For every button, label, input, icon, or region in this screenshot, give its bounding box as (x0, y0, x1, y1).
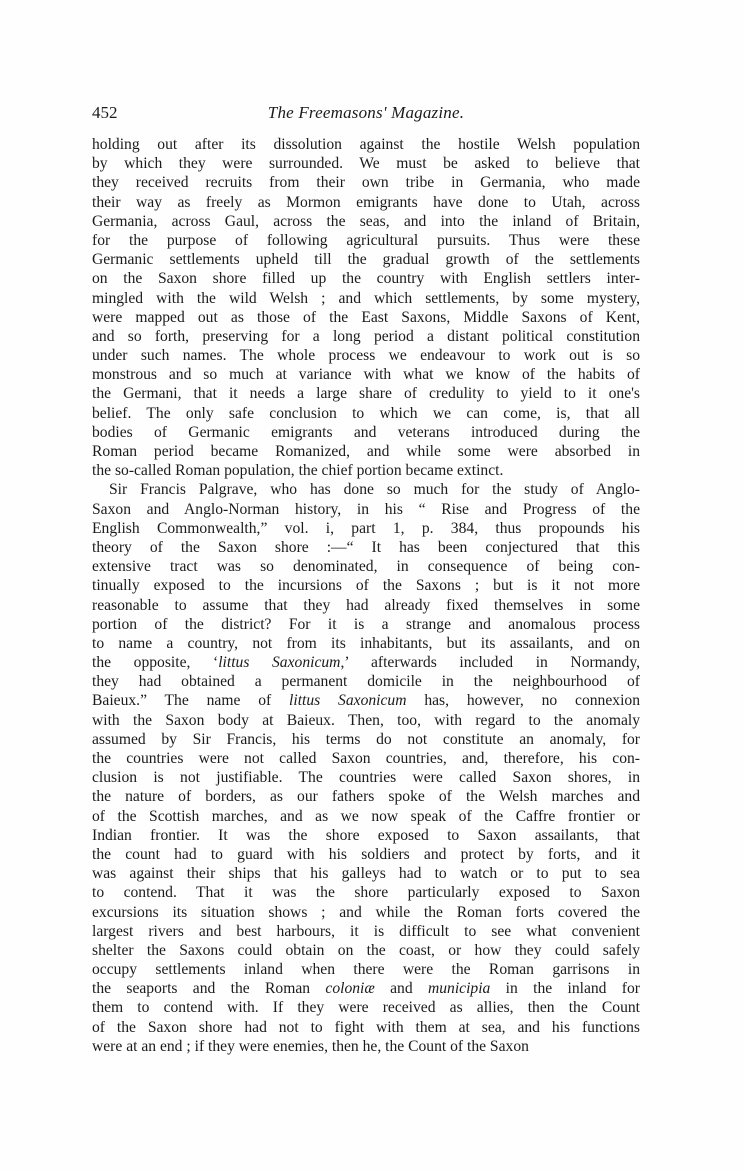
italic-phrase: municipia (428, 980, 490, 997)
text-line: the countries were not called Saxon coun… (92, 749, 640, 768)
italic-phrase: littus Saxonicum (218, 654, 340, 671)
running-title: The Freemasons' Magazine. (92, 103, 640, 123)
text-line: the nature of borders, as our fathers sp… (92, 787, 640, 806)
text-line: Indian frontier. It was the shore expose… (92, 826, 640, 845)
text-line: the Germani, that it needs a large share… (92, 384, 640, 403)
text-line: the so-called Roman population, the chie… (92, 461, 640, 480)
text-line: was against their ships that his galleys… (92, 864, 640, 883)
text-line: largest rivers and best harbours, it is … (92, 922, 640, 941)
article-body: holding out after its dissolution agains… (92, 135, 640, 1056)
text-line: for the purpose of following agricultura… (92, 231, 640, 250)
text-line: with the Saxon body at Baieux. Then, too… (92, 711, 640, 730)
text-line: tinually exposed to the incursions of th… (92, 576, 640, 595)
text-line: bodies of Germanic emigrants and veteran… (92, 423, 640, 442)
text-line: reasonable to assume that they had alrea… (92, 596, 640, 615)
text-line: under such names. The whole process we e… (92, 346, 640, 365)
text-line: Roman period became Romanized, and while… (92, 442, 640, 461)
text-line: belief. The only safe conclusion to whic… (92, 404, 640, 423)
text-line: mingled with the wild Welsh ; and which … (92, 289, 640, 308)
text-line: occupy settlements inland when there wer… (92, 960, 640, 979)
text-line: and so forth, preserving for a long peri… (92, 327, 640, 346)
text-line: holding out after its dissolution agains… (92, 135, 640, 154)
magazine-page: 452 The Freemasons' Magazine. holding ou… (92, 103, 640, 1056)
text-line: of the Saxon shore had not to fight with… (92, 1018, 640, 1037)
text-line: Baieux.” The name of littus Saxonicum ha… (92, 691, 640, 710)
text-line: the opposite, ‘littus Saxonicum,’ afterw… (92, 653, 640, 672)
text-line: their way as freely as Mormon emigrants … (92, 193, 640, 212)
text-line: English Commonwealth,” vol. i, part 1, p… (92, 519, 640, 538)
text-line: they had obtained a permanent domicile i… (92, 672, 640, 691)
text-line: Sir Francis Palgrave, who has done so mu… (92, 480, 640, 499)
text-line: they received recruits from their own tr… (92, 173, 640, 192)
text-line: to contend. That it was the shore partic… (92, 883, 640, 902)
text-line: by which they were surrounded. We must b… (92, 154, 640, 173)
text-line: clusion is not justifiable. The countrie… (92, 768, 640, 787)
text-line: were mapped out as those of the East Sax… (92, 308, 640, 327)
text-line: the count had to guard with his soldiers… (92, 845, 640, 864)
text-line: to name a country, not from its inhabita… (92, 634, 640, 653)
paragraph: Sir Francis Palgrave, who has done so mu… (92, 480, 640, 1056)
text-line: the seaports and the Roman coloniæ and m… (92, 979, 640, 998)
text-line: excursions its situation shows ; and whi… (92, 903, 640, 922)
text-line: them to contend with. If they were recei… (92, 998, 640, 1017)
italic-phrase: coloniæ (325, 980, 374, 997)
paragraph: holding out after its dissolution agains… (92, 135, 640, 480)
text-line: on the Saxon shore filled up the country… (92, 269, 640, 288)
text-line: of the Scottish marches, and as we now s… (92, 807, 640, 826)
italic-phrase: littus Saxonicum (289, 692, 406, 709)
text-line: Germanic settlements upheld till the gra… (92, 250, 640, 269)
text-line: extensive tract was so denominated, in c… (92, 557, 640, 576)
text-line: Saxon and Anglo-Norman history, in his “… (92, 500, 640, 519)
text-line: shelter the Saxons could obtain on the c… (92, 941, 640, 960)
text-line: portion of the district? For it is a str… (92, 615, 640, 634)
text-line: monstrous and so much at variance with w… (92, 365, 640, 384)
text-line: assumed by Sir Francis, his terms do not… (92, 730, 640, 749)
text-line: theory of the Saxon shore :—“ It has bee… (92, 538, 640, 557)
text-line: Germania, across Gaul, across the seas, … (92, 212, 640, 231)
page-header: 452 The Freemasons' Magazine. (92, 103, 640, 125)
text-line: were at an end ; if they were enemies, t… (92, 1037, 640, 1056)
